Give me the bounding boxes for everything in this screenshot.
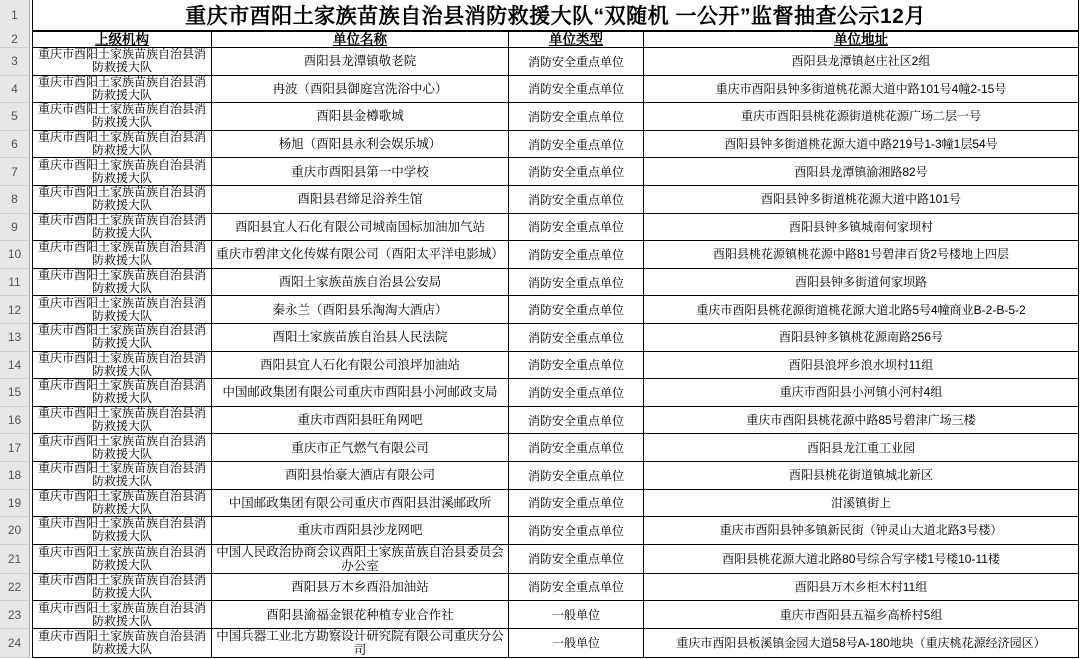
cell-unit-name[interactable]: 中国兵器工业北方勘察设计研究院有限公司重庆分公司	[212, 629, 509, 658]
row-number[interactable]: 9	[0, 214, 30, 242]
cell-unit-name[interactable]: 杨旭（酉阳县永利会娱乐城）	[212, 131, 509, 159]
cell-unit-name[interactable]: 中国人民政治协商会议酉阳土家族苗族自治县委员会办公室	[212, 545, 509, 574]
table-row: 7 重庆市酉阳土家族苗族自治县消防救援大队 重庆市酉阳县第一中学校 消防安全重点…	[0, 158, 1080, 186]
cell-unit-type[interactable]: 消防安全重点单位	[509, 352, 644, 380]
cell-unit-name[interactable]: 酉阳土家族苗族自治县公安局	[212, 269, 509, 297]
cell-parent-org[interactable]: 重庆市酉阳土家族苗族自治县消防救援大队	[32, 601, 212, 629]
cell-unit-type[interactable]: 消防安全重点单位	[509, 214, 644, 242]
row-number[interactable]: 14	[0, 352, 30, 380]
table-row: 15 重庆市酉阳土家族苗族自治县消防救援大队 中国邮政集团有限公司重庆市酉阳县小…	[0, 379, 1080, 407]
row-number[interactable]: 1	[0, 0, 30, 30]
table-row: 5 重庆市酉阳土家族苗族自治县消防救援大队 酉阳县金樽歌城 消防安全重点单位 重…	[0, 103, 1080, 131]
table-row: 19 重庆市酉阳土家族苗族自治县消防救援大队 中国邮政集团有限公司重庆市酉阳县泔…	[0, 490, 1080, 518]
cell-unit-address[interactable]: 重庆市酉阳县小河镇小河村4组	[644, 379, 1079, 407]
table-row: 10 重庆市酉阳土家族苗族自治县消防救援大队 重庆市碧津文化传媒有限公司（酉阳太…	[0, 241, 1080, 269]
cell-unit-name[interactable]: 重庆市碧津文化传媒有限公司（酉阳太平洋电影城）	[212, 241, 509, 269]
table-row: 12 重庆市酉阳土家族苗族自治县消防救援大队 秦永兰（酉阳县乐淘淘大酒店） 消防…	[0, 296, 1080, 324]
row-number[interactable]: 6	[0, 131, 30, 159]
cell-parent-org[interactable]: 重庆市酉阳土家族苗族自治县消防救援大队	[32, 490, 212, 518]
cell-unit-name[interactable]: 中国邮政集团有限公司重庆市酉阳县泔溪邮政所	[212, 490, 509, 518]
cell-unit-name[interactable]: 重庆市酉阳县沙龙网吧	[212, 517, 509, 545]
row-number[interactable]: 13	[0, 324, 30, 352]
cell-unit-address[interactable]: 酉阳县龙潭镇渝湘路82号	[644, 158, 1079, 186]
row-number[interactable]: 10	[0, 241, 30, 269]
cell-unit-address[interactable]: 酉阳县龙江重工业园	[644, 434, 1079, 462]
column-header-unit-name[interactable]: 单位名称	[212, 30, 509, 48]
column-header-unit-type[interactable]: 单位类型	[509, 30, 644, 48]
table-body: 3 重庆市酉阳土家族苗族自治县消防救援大队 酉阳县龙潭镇敬老院 消防安全重点单位…	[0, 48, 1080, 658]
cell-unit-type[interactable]: 消防安全重点单位	[509, 462, 644, 490]
row-number[interactable]: 22	[0, 574, 30, 602]
cell-parent-org[interactable]: 重庆市酉阳土家族苗族自治县消防救援大队	[32, 434, 212, 462]
title-row: 1 重庆市酉阳土家族苗族自治县消防救援大队“双随机 一公开”监督抽查公示12月	[0, 0, 1080, 30]
table-row: 22 重庆市酉阳土家族苗族自治县消防救援大队 酉阳县万木乡酉沿加油站 消防安全重…	[0, 574, 1080, 602]
cell-unit-type[interactable]: 消防安全重点单位	[509, 434, 644, 462]
table-row: 23 重庆市酉阳土家族苗族自治县消防救援大队 酉阳县渝福金银花种植专业合作社 一…	[0, 601, 1080, 629]
cell-unit-name[interactable]: 酉阳县金樽歌城	[212, 103, 509, 131]
row-number[interactable]: 19	[0, 490, 30, 518]
cell-parent-org[interactable]: 重庆市酉阳土家族苗族自治县消防救援大队	[32, 324, 212, 352]
cell-parent-org[interactable]: 重庆市酉阳土家族苗族自治县消防救援大队	[32, 76, 212, 104]
cell-unit-address[interactable]: 泔溪镇街上	[644, 490, 1079, 518]
table-row: 13 重庆市酉阳土家族苗族自治县消防救援大队 酉阳土家族苗族自治县人民法院 消防…	[0, 324, 1080, 352]
cell-unit-name[interactable]: 秦永兰（酉阳县乐淘淘大酒店）	[212, 296, 509, 324]
table-row: 3 重庆市酉阳土家族苗族自治县消防救援大队 酉阳县龙潭镇敬老院 消防安全重点单位…	[0, 48, 1080, 76]
cell-parent-org[interactable]: 重庆市酉阳土家族苗族自治县消防救援大队	[32, 379, 212, 407]
cell-unit-type[interactable]: 消防安全重点单位	[509, 241, 644, 269]
cell-unit-name[interactable]: 重庆市酉阳县旺角网吧	[212, 407, 509, 435]
table-row: 9 重庆市酉阳土家族苗族自治县消防救援大队 酉阳县宜人石化有限公司城南国标加油加…	[0, 214, 1080, 242]
table-row: 20 重庆市酉阳土家族苗族自治县消防救援大队 重庆市酉阳县沙龙网吧 消防安全重点…	[0, 517, 1080, 545]
spreadsheet: 1 重庆市酉阳土家族苗族自治县消防救援大队“双随机 一公开”监督抽查公示12月 …	[0, 0, 1080, 659]
cell-unit-address[interactable]: 酉阳县钟多镇城南何家坝村	[644, 214, 1079, 242]
table-row: 17 重庆市酉阳土家族苗族自治县消防救援大队 重庆市正气燃气有限公司 消防安全重…	[0, 434, 1080, 462]
cell-unit-name[interactable]: 重庆市正气燃气有限公司	[212, 434, 509, 462]
cell-unit-name[interactable]: 酉阳土家族苗族自治县人民法院	[212, 324, 509, 352]
cell-parent-org[interactable]: 重庆市酉阳土家族苗族自治县消防救援大队	[32, 103, 212, 131]
table-row: 21 重庆市酉阳土家族苗族自治县消防救援大队 中国人民政治协商会议酉阳土家族苗族…	[0, 545, 1080, 574]
cell-parent-org[interactable]: 重庆市酉阳土家族苗族自治县消防救援大队	[32, 517, 212, 545]
cell-unit-type[interactable]: 消防安全重点单位	[509, 186, 644, 214]
cell-unit-type[interactable]: 消防安全重点单位	[509, 545, 644, 574]
row-number[interactable]: 12	[0, 296, 30, 324]
cell-unit-address[interactable]: 酉阳县浪坪乡浪水坝村11组	[644, 352, 1079, 380]
cell-unit-type[interactable]: 消防安全重点单位	[509, 574, 644, 602]
cell-unit-address[interactable]: 重庆市酉阳县钟多镇新民街（钟灵山大道北路3号楼）	[644, 517, 1079, 545]
row-number[interactable]: 7	[0, 158, 30, 186]
table-row: 8 重庆市酉阳土家族苗族自治县消防救援大队 酉阳县君缔足浴养生馆 消防安全重点单…	[0, 186, 1080, 214]
row-number[interactable]: 18	[0, 462, 30, 490]
cell-unit-name[interactable]: 酉阳县怡豪大酒店有限公司	[212, 462, 509, 490]
cell-unit-name[interactable]: 酉阳县龙潭镇敬老院	[212, 48, 509, 76]
cell-unit-type[interactable]: 消防安全重点单位	[509, 48, 644, 76]
cell-unit-address[interactable]: 重庆市酉阳县钟多街道桃花源大道中路101号4幢2-15号	[644, 76, 1079, 104]
cell-parent-org[interactable]: 重庆市酉阳土家族苗族自治县消防救援大队	[32, 269, 212, 297]
cell-parent-org[interactable]: 重庆市酉阳土家族苗族自治县消防救援大队	[32, 48, 212, 76]
cell-unit-type[interactable]: 消防安全重点单位	[509, 517, 644, 545]
cell-unit-address[interactable]: 酉阳县钟多街道桃花源大道中路101号	[644, 186, 1079, 214]
cell-unit-type[interactable]: 消防安全重点单位	[509, 379, 644, 407]
cell-unit-name[interactable]: 酉阳县宜人石化有限公司浪坪加油站	[212, 352, 509, 380]
cell-unit-address[interactable]: 酉阳县桃花街道镇城北新区	[644, 462, 1079, 490]
cell-unit-address[interactable]: 酉阳县龙潭镇赵庄社区2组	[644, 48, 1079, 76]
cell-parent-org[interactable]: 重庆市酉阳土家族苗族自治县消防救援大队	[32, 214, 212, 242]
row-number[interactable]: 8	[0, 186, 30, 214]
cell-unit-type[interactable]: 消防安全重点单位	[509, 296, 644, 324]
column-header-unit-address[interactable]: 单位地址	[644, 30, 1079, 48]
table-row: 11 重庆市酉阳土家族苗族自治县消防救援大队 酉阳土家族苗族自治县公安局 消防安…	[0, 269, 1080, 297]
cell-parent-org[interactable]: 重庆市酉阳土家族苗族自治县消防救援大队	[32, 462, 212, 490]
cell-parent-org[interactable]: 重庆市酉阳土家族苗族自治县消防救援大队	[32, 186, 212, 214]
sheet-title[interactable]: 重庆市酉阳土家族苗族自治县消防救援大队“双随机 一公开”监督抽查公示12月	[32, 0, 1079, 30]
cell-unit-name[interactable]: 酉阳县君缔足浴养生馆	[212, 186, 509, 214]
cell-unit-type[interactable]: 消防安全重点单位	[509, 407, 644, 435]
header-row: 2 上级机构 单位名称 单位类型 单位地址	[0, 30, 1080, 48]
cell-unit-type[interactable]: 消防安全重点单位	[509, 131, 644, 159]
cell-unit-address[interactable]: 重庆市酉阳县板溪镇金园大道58号A-180地块（重庆桃花源经济园区）	[644, 629, 1079, 658]
cell-unit-name[interactable]: 中国邮政集团有限公司重庆市酉阳县小河邮政支局	[212, 379, 509, 407]
row-number[interactable]: 5	[0, 103, 30, 131]
cell-unit-name[interactable]: 冉波（酉阳县御庭宫洗浴中心）	[212, 76, 509, 104]
table-row: 24 重庆市酉阳土家族苗族自治县消防救援大队 中国兵器工业北方勘察设计研究院有限…	[0, 629, 1080, 658]
cell-unit-name[interactable]: 重庆市酉阳县第一中学校	[212, 158, 509, 186]
table-row: 16 重庆市酉阳土家族苗族自治县消防救援大队 重庆市酉阳县旺角网吧 消防安全重点…	[0, 407, 1080, 435]
cell-unit-address[interactable]: 酉阳县桃花源大道北路80号综合写字楼1号楼10-11楼	[644, 545, 1079, 574]
cell-unit-type[interactable]: 消防安全重点单位	[509, 158, 644, 186]
row-number[interactable]: 11	[0, 269, 30, 297]
cell-unit-name[interactable]: 酉阳县万木乡酉沿加油站	[212, 574, 509, 602]
cell-unit-name[interactable]: 酉阳县宜人石化有限公司城南国标加油加气站	[212, 214, 509, 242]
row-number[interactable]: 21	[0, 545, 30, 574]
cell-parent-org[interactable]: 重庆市酉阳土家族苗族自治县消防救援大队	[32, 352, 212, 380]
cell-unit-address[interactable]: 重庆市酉阳县桃花源中路85号碧津广场三楼	[644, 407, 1079, 435]
cell-unit-type[interactable]: 一般单位	[509, 601, 644, 629]
cell-unit-address[interactable]: 酉阳县钟多街道桃花源大道中路219号1-3幢1层54号	[644, 131, 1079, 159]
cell-parent-org[interactable]: 重庆市酉阳土家族苗族自治县消防救援大队	[32, 131, 212, 159]
cell-parent-org[interactable]: 重庆市酉阳土家族苗族自治县消防救援大队	[32, 158, 212, 186]
row-number[interactable]: 4	[0, 76, 30, 104]
row-number[interactable]: 20	[0, 517, 30, 545]
row-number[interactable]: 23	[0, 601, 30, 629]
cell-unit-address[interactable]: 重庆市酉阳县五福乡高桥村5组	[644, 601, 1079, 629]
cell-unit-type[interactable]: 消防安全重点单位	[509, 490, 644, 518]
column-header-parent-org[interactable]: 上级机构	[32, 30, 212, 48]
cell-parent-org[interactable]: 重庆市酉阳土家族苗族自治县消防救援大队	[32, 296, 212, 324]
cell-unit-type[interactable]: 消防安全重点单位	[509, 103, 644, 131]
row-number[interactable]: 24	[0, 629, 30, 658]
cell-unit-address[interactable]: 酉阳县万木乡柜木村11组	[644, 574, 1079, 602]
cell-parent-org[interactable]: 重庆市酉阳土家族苗族自治县消防救援大队	[32, 629, 212, 658]
table-row: 4 重庆市酉阳土家族苗族自治县消防救援大队 冉波（酉阳县御庭宫洗浴中心） 消防安…	[0, 76, 1080, 104]
table-row: 6 重庆市酉阳土家族苗族自治县消防救援大队 杨旭（酉阳县永利会娱乐城） 消防安全…	[0, 131, 1080, 159]
row-number[interactable]: 15	[0, 379, 30, 407]
cell-parent-org[interactable]: 重庆市酉阳土家族苗族自治县消防救援大队	[32, 545, 212, 574]
row-number[interactable]: 2	[0, 30, 30, 48]
row-number[interactable]: 16	[0, 407, 30, 435]
cell-parent-org[interactable]: 重庆市酉阳土家族苗族自治县消防救援大队	[32, 574, 212, 602]
cell-unit-type[interactable]: 消防安全重点单位	[509, 324, 644, 352]
cell-unit-type[interactable]: 一般单位	[509, 629, 644, 658]
table-row: 18 重庆市酉阳土家族苗族自治县消防救援大队 酉阳县怡豪大酒店有限公司 消防安全…	[0, 462, 1080, 490]
cell-unit-type[interactable]: 消防安全重点单位	[509, 269, 644, 297]
cell-unit-name[interactable]: 酉阳县渝福金银花种植专业合作社	[212, 601, 509, 629]
cell-unit-address[interactable]: 重庆市酉阳县桃花源街道桃花源大道北路5号4幢商业B-2-B-5-2	[644, 296, 1079, 324]
cell-unit-address[interactable]: 酉阳县钟多街道何家坝路	[644, 269, 1079, 297]
table-row: 14 重庆市酉阳土家族苗族自治县消防救援大队 酉阳县宜人石化有限公司浪坪加油站 …	[0, 352, 1080, 380]
cell-parent-org[interactable]: 重庆市酉阳土家族苗族自治县消防救援大队	[32, 407, 212, 435]
cell-unit-address[interactable]: 酉阳县钟多镇桃花源南路256号	[644, 324, 1079, 352]
row-number[interactable]: 17	[0, 434, 30, 462]
cell-unit-address[interactable]: 重庆市酉阳县桃花源街道桃花源广场二层一号	[644, 103, 1079, 131]
cell-unit-type[interactable]: 消防安全重点单位	[509, 76, 644, 104]
cell-parent-org[interactable]: 重庆市酉阳土家族苗族自治县消防救援大队	[32, 241, 212, 269]
row-number[interactable]: 3	[0, 48, 30, 76]
cell-unit-address[interactable]: 酉阳县桃花源镇桃花源中路81号碧津百货2号楼地上四层	[644, 241, 1079, 269]
